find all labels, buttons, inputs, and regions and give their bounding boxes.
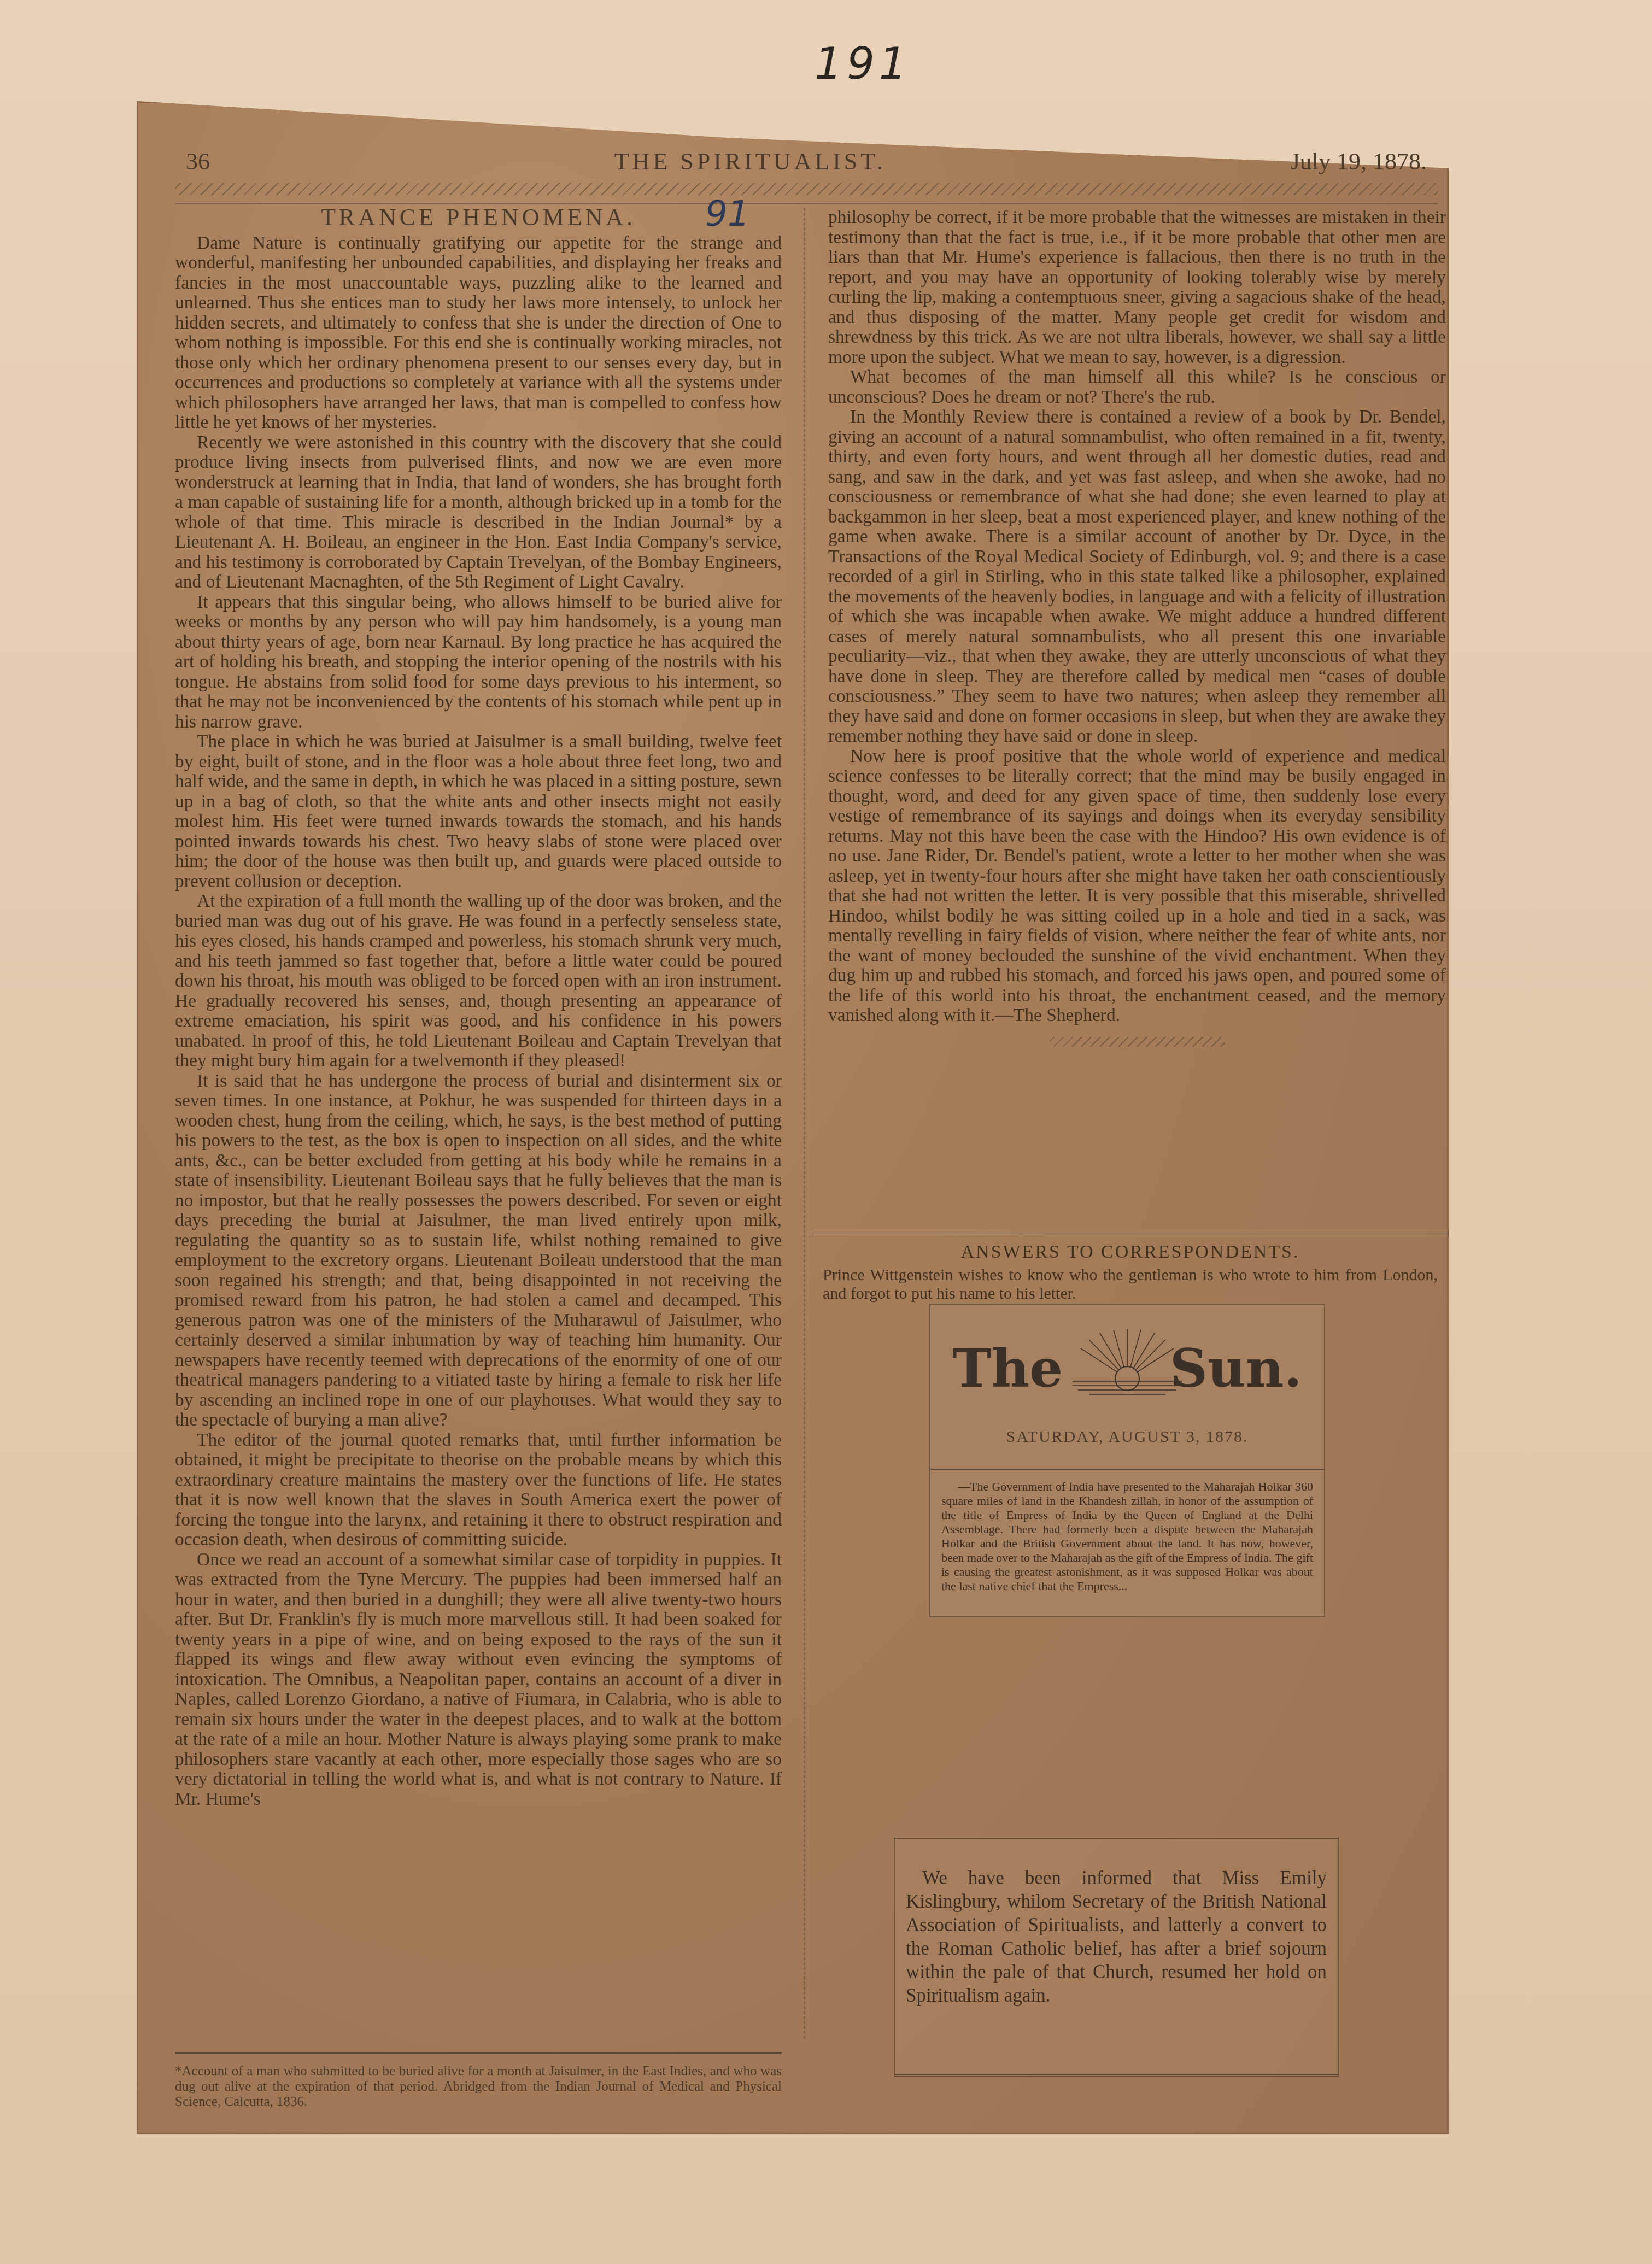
answers-heading: ANSWERS TO CORRESPONDENTS. [812,1242,1449,1263]
paragraph: philosophy be correct, if it be more pro… [828,208,1446,367]
spiritualist-page: 36 THE SPIRITUALIST. July 19, 1878. TRAN… [175,148,1438,212]
paragraph: At the expiration of a full month the wa… [175,891,782,1071]
kislingbury-clipping: We have been informed that Miss Emily Ki… [894,1837,1339,2077]
paragraph: What becomes of the man himself all this… [828,367,1446,407]
paragraph: Now here is proof positive that the whol… [828,747,1446,1026]
footnote: *Account of a man who submitted to be bu… [175,2052,782,2110]
sun-article: —The Government of India have presented … [930,1470,1324,1603]
paragraph: In the Monthly Review there is contained… [828,407,1446,747]
wavy-rule [175,183,1438,195]
article-heading: TRANCE PHENOMENA. [175,208,782,228]
column-divider [804,208,805,2039]
newspaper-date: July 19, 1878. [1291,148,1427,175]
right-column: philosophy be correct, if it be more pro… [828,208,1446,1047]
handwritten-page-number: 191 [815,38,911,89]
paragraph: Dame Nature is continually gratifying ou… [175,233,782,433]
the-sun-clipping: The Sun. SATURDAY, AUGUST 3, 1878. —The … [929,1304,1325,1617]
handwritten-mark: 91 [705,204,749,225]
page-header: 36 THE SPIRITUALIST. July 19, 1878. [175,148,1438,175]
answers-text: Prince Wittgenstein wishes to know who t… [812,1266,1449,1303]
left-column: TRANCE PHENOMENA. 91 Dame Nature is cont… [175,208,782,1809]
paragraph: The editor of the journal quoted remarks… [175,1430,782,1550]
sun-masthead: The Sun. SATURDAY, AUGUST 3, 1878. [930,1305,1324,1470]
sun-title: The Sun. [930,1338,1324,1399]
page-number: 36 [186,148,210,175]
end-ornament [1050,1037,1225,1047]
kislingbury-text: We have been informed that Miss Emily Ki… [906,1866,1327,2007]
paragraph: Once we read an account of a somewhat si… [175,1550,782,1810]
sun-title-left: The [952,1338,1063,1399]
sun-title-right: Sun. [1170,1338,1302,1399]
newspaper-title: THE SPIRITUALIST. [614,148,886,175]
sun-article-text: —The Government of India have presented … [941,1480,1313,1593]
sun-date: SATURDAY, AUGUST 3, 1878. [930,1428,1324,1446]
paragraph: Recently we were astonished in this coun… [175,433,782,593]
paragraph: It appears that this singular being, who… [175,593,782,732]
paragraph: The place in which he was buried at Jais… [175,732,782,891]
paragraph: It is said that he has undergone the pro… [175,1071,782,1430]
